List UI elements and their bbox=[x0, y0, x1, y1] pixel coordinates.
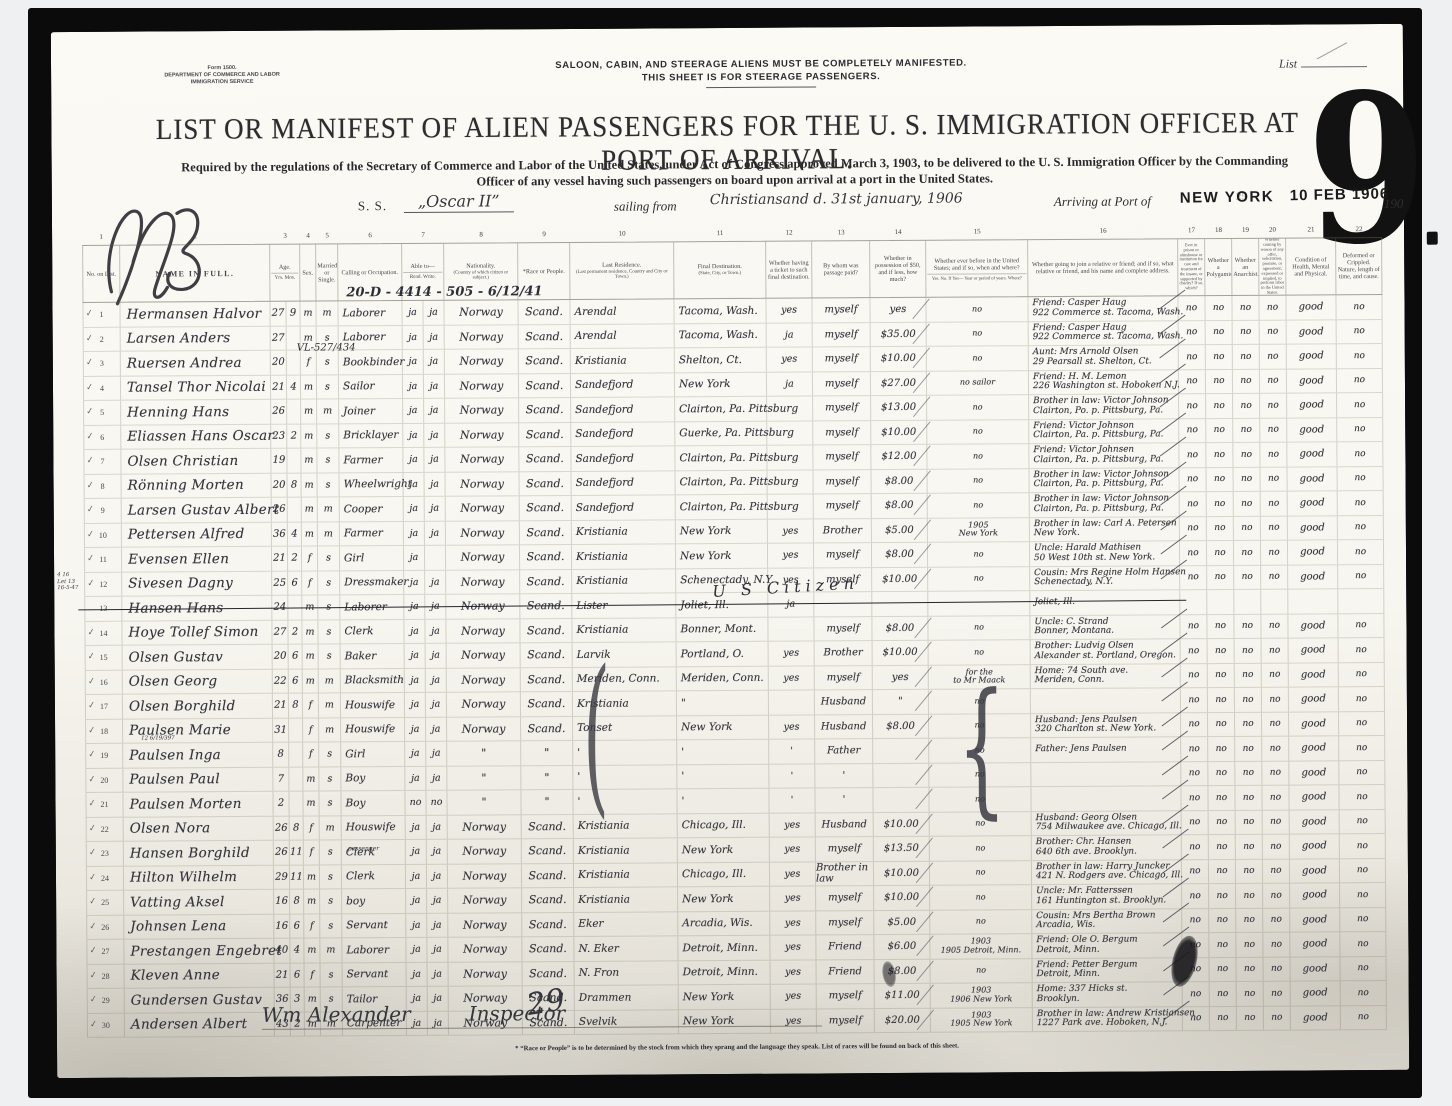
cell-yrs: 16 bbox=[274, 890, 290, 914]
cell-name: Evensen Ellen bbox=[122, 547, 272, 571]
cell-status: s bbox=[319, 767, 341, 791]
cell-money bbox=[872, 592, 928, 616]
cell-ticket: yes bbox=[770, 911, 816, 935]
cell-no: 23 bbox=[86, 842, 124, 866]
cell-nationality: Norway bbox=[446, 472, 520, 496]
cell-yrs: 40 bbox=[274, 939, 290, 963]
cell-name: Eliassen Hans Oscar bbox=[121, 424, 271, 448]
cell-deformed: no bbox=[1340, 834, 1386, 858]
cell-destination: ' bbox=[677, 789, 769, 813]
cell-read: ja bbox=[404, 497, 425, 521]
cell-occupation: Houswife bbox=[341, 717, 405, 741]
cell-sex: m bbox=[301, 375, 317, 399]
cell-residence: Meriden, Conn. bbox=[573, 667, 677, 691]
cell-money: $6.00 bbox=[874, 935, 930, 959]
cell-labor: no bbox=[1263, 810, 1290, 834]
cell-money bbox=[873, 739, 929, 763]
cell-yrs: 8 bbox=[273, 743, 289, 767]
column-header: Married or Single. bbox=[316, 244, 338, 300]
cell-write: ja bbox=[426, 644, 447, 668]
cell-polygamist: no bbox=[1208, 737, 1235, 761]
cell-deformed: no bbox=[1337, 393, 1383, 417]
cell-polygamist: no bbox=[1206, 418, 1233, 442]
cell-deformed: no bbox=[1337, 467, 1383, 491]
passenger-table: 12345678910111213141516171819202122No. o… bbox=[82, 222, 1387, 1038]
cell-residence: ' bbox=[573, 765, 677, 789]
column-number: 13 bbox=[812, 225, 870, 239]
cell-ever_us bbox=[928, 591, 1030, 615]
cell-polygamist: no bbox=[1209, 859, 1236, 883]
cell-health: good bbox=[1288, 540, 1338, 564]
cell-yrs: 19 bbox=[271, 449, 287, 473]
cell-nationality: Norway bbox=[446, 570, 520, 594]
cell-read: ja bbox=[403, 374, 424, 398]
cell-yrs: 27 bbox=[271, 326, 287, 350]
cell-anarchist bbox=[1234, 590, 1261, 614]
cell-no: 16 bbox=[85, 670, 123, 694]
cell-money: $10.00 bbox=[874, 861, 930, 885]
cell-anarchist: no bbox=[1236, 908, 1263, 932]
cell-deformed: no bbox=[1338, 565, 1384, 589]
cell-ever_us: no bbox=[928, 493, 1030, 517]
cell-race: Scand. bbox=[522, 937, 574, 961]
cell-labor: no bbox=[1260, 443, 1287, 467]
cell-occupation: Farmer bbox=[339, 448, 403, 472]
cell-ticket: yes bbox=[771, 960, 817, 984]
cell-read: ja bbox=[403, 350, 424, 374]
cell-name: Hermansen Halvor bbox=[120, 302, 270, 326]
cell-money: yes bbox=[870, 298, 926, 322]
cell-status: s bbox=[317, 424, 339, 448]
cell-no: 19 bbox=[85, 744, 123, 768]
cell-no: 13 bbox=[84, 597, 122, 621]
cell-status: s bbox=[319, 742, 341, 766]
cell-race: Scand. bbox=[519, 373, 571, 397]
cell-no: 17 bbox=[85, 695, 123, 719]
cell-occupation: Bricklayer bbox=[339, 423, 403, 447]
cell-write: ja bbox=[425, 619, 446, 643]
list-label: List bbox=[1279, 57, 1297, 71]
cell-mos: 8 bbox=[290, 816, 304, 840]
cell-paid_by: Husband bbox=[816, 813, 874, 837]
cell-residence: N. Eker bbox=[574, 936, 678, 960]
cell-ticket: ' bbox=[769, 764, 815, 788]
cell-friend bbox=[1031, 688, 1181, 712]
column-number: 1 bbox=[82, 230, 120, 244]
cell-ticket: yes bbox=[770, 862, 816, 886]
cell-read: ja bbox=[404, 521, 425, 545]
cell-yrs: 26 bbox=[271, 400, 287, 424]
cell-write: ja bbox=[424, 448, 445, 472]
cell-paid_by bbox=[814, 592, 872, 616]
cell-no: 2 bbox=[83, 327, 121, 351]
cell-polygamist: no bbox=[1207, 516, 1234, 540]
cell-ever_us: 19031905 New York bbox=[931, 1008, 1033, 1032]
cell-occupation: Clerk bbox=[340, 619, 404, 643]
cell-labor: no bbox=[1260, 418, 1287, 442]
cell-friend: Father: Jens Paulsen bbox=[1031, 737, 1181, 761]
cell-yrs: 21 bbox=[273, 694, 289, 718]
cell-paid_by: Husband bbox=[815, 715, 873, 739]
cell-health: good bbox=[1289, 638, 1339, 662]
cell-ticket: yes bbox=[770, 935, 816, 959]
cell-health: good bbox=[1290, 932, 1340, 956]
cell-health: good bbox=[1289, 663, 1339, 687]
cell-read: ja bbox=[406, 938, 427, 962]
cell-no: 4 bbox=[83, 376, 121, 400]
cell-polygamist: no bbox=[1208, 761, 1235, 785]
cell-health: good bbox=[1289, 785, 1339, 809]
cell-labor: no bbox=[1262, 786, 1289, 810]
cell-destination: Bonner, Mont. bbox=[676, 617, 768, 641]
cell-paid_by: Friend bbox=[816, 935, 874, 959]
cell-race: " bbox=[521, 765, 573, 789]
cell-no: 22 bbox=[86, 817, 124, 841]
cell-nationality: Norway bbox=[446, 545, 520, 569]
cell-anarchist: no bbox=[1235, 761, 1262, 785]
cell-read: ja bbox=[402, 301, 423, 325]
cell-mos bbox=[287, 400, 301, 424]
cell-anarchist: no bbox=[1235, 737, 1262, 761]
cell-nationality: Norway bbox=[447, 692, 521, 716]
cell-occupation: Houswife bbox=[341, 693, 405, 717]
cell-no: 20 bbox=[85, 768, 123, 792]
cell-sex: m bbox=[302, 473, 318, 497]
cell-nationality: Norway bbox=[447, 668, 521, 692]
cell-health: good bbox=[1290, 908, 1340, 932]
cell-sex: m bbox=[302, 620, 318, 644]
cell-destination: " bbox=[677, 691, 769, 715]
cell-destination: Detroit, Minn. bbox=[678, 936, 770, 960]
cell-health: good bbox=[1290, 810, 1340, 834]
cell-anarchist: no bbox=[1233, 443, 1260, 467]
cell-yrs: 23 bbox=[271, 424, 287, 448]
cell-anarchist: no bbox=[1233, 369, 1260, 393]
cell-write: ja bbox=[428, 962, 449, 986]
cell-no: 8 bbox=[84, 474, 122, 498]
cell-anarchist: no bbox=[1232, 296, 1259, 320]
cell-write: ja bbox=[426, 742, 447, 766]
cell-occupation: Laborer bbox=[342, 938, 406, 962]
column-number: 11 bbox=[674, 226, 766, 241]
cell-money bbox=[873, 763, 929, 787]
cell-ever_us: no bbox=[930, 910, 1032, 934]
cell-residence: Kristiania bbox=[574, 887, 678, 911]
cell-yrs: 27 bbox=[272, 620, 288, 644]
cell-money: $13.00 bbox=[871, 396, 927, 420]
cell-residence: Eker bbox=[574, 912, 678, 936]
cell-read: ja bbox=[405, 644, 426, 668]
cell-no: 21 bbox=[85, 793, 123, 817]
cell-sex: f bbox=[303, 718, 319, 742]
cell-ticket: yes bbox=[769, 666, 815, 690]
cell-labor: no bbox=[1263, 908, 1290, 932]
cell-sex: m bbox=[300, 302, 316, 326]
cell-race: Scand. bbox=[522, 814, 574, 838]
cell-anarchist: no bbox=[1236, 933, 1263, 957]
cell-nationality: Norway bbox=[447, 643, 521, 667]
cell-ever_us: no bbox=[930, 861, 1032, 885]
cell-friend: Uncle: Mr. Fatterssen161 Huntington st. … bbox=[1032, 884, 1182, 908]
cell-polygamist: no bbox=[1207, 492, 1234, 516]
cell-nationality: " bbox=[447, 741, 521, 765]
cell-health: good bbox=[1287, 320, 1337, 344]
cell-yrs: 31 bbox=[273, 718, 289, 742]
column-header: No. on List. bbox=[82, 246, 120, 302]
cell-ever_us: no bbox=[928, 616, 1030, 640]
cell-residence: Sandefjord bbox=[571, 397, 675, 421]
cell-nationality: Norway bbox=[445, 374, 519, 398]
cell-occupation: Bookbinder bbox=[339, 350, 403, 374]
cell-ever_us: no bbox=[929, 763, 1031, 787]
cell-race: Scand. bbox=[519, 349, 571, 373]
cell-health: good bbox=[1291, 1006, 1341, 1030]
cell-paid_by: Brother bbox=[814, 519, 872, 543]
column-number: 19 bbox=[1232, 223, 1259, 237]
cell-deformed: no bbox=[1337, 320, 1383, 344]
cell-labor: no bbox=[1260, 467, 1287, 491]
cell-sex: f bbox=[303, 694, 319, 718]
cell-anarchist: no bbox=[1237, 1006, 1264, 1030]
column-header: NAME IN FULL. bbox=[120, 245, 270, 302]
notice-line-2: THIS SHEET IS FOR STEERAGE PASSENGERS. bbox=[431, 69, 1091, 86]
cell-ever_us: no bbox=[927, 346, 1029, 370]
cell-paid_by: myself bbox=[813, 396, 871, 420]
cell-name: Kleven Anne bbox=[125, 963, 275, 987]
cell-race: Scand. bbox=[520, 496, 572, 520]
cell-destination: Clairton, Pa. Pittsburg bbox=[676, 470, 768, 494]
cell-no: 25 bbox=[86, 891, 124, 915]
cell-labor: no bbox=[1263, 933, 1290, 957]
cell-status: s bbox=[320, 914, 342, 938]
cell-sex: m bbox=[304, 890, 320, 914]
cell-status: s bbox=[319, 644, 341, 668]
cell-no: 9 bbox=[84, 499, 122, 523]
cell-name: Vatting Aksel bbox=[124, 890, 274, 914]
cell-status: m bbox=[317, 399, 339, 423]
cell-read: ja bbox=[405, 693, 426, 717]
cell-polygamist: no bbox=[1208, 639, 1235, 663]
cell-race: Scand. bbox=[519, 398, 571, 422]
cell-friend: Friend: Casper Haug922 Commerce st. Taco… bbox=[1028, 296, 1178, 320]
cell-no: 1 bbox=[82, 303, 120, 327]
cell-labor: no bbox=[1261, 565, 1288, 589]
cell-labor: no bbox=[1264, 982, 1291, 1006]
cell-friend: Brother in law: Victor JohnsonClairton, … bbox=[1030, 492, 1180, 516]
cell-read: no bbox=[405, 791, 426, 815]
cell-occupation: Houswife bbox=[342, 815, 406, 839]
cell-friend: Brother in law: Victor JohnsonClairton, … bbox=[1029, 394, 1179, 418]
cell-paid_by: myself bbox=[814, 470, 872, 494]
cell-name: Tansel Thor Nicolai bbox=[121, 375, 271, 399]
cell-destination: Guerke, Pa. Pittsburg bbox=[675, 421, 767, 445]
cell-name: Prestangen Engebret bbox=[124, 939, 274, 963]
cell-destination: Tacoma, Wash. bbox=[675, 323, 767, 347]
cell-deformed: no bbox=[1339, 663, 1385, 687]
cell-deformed: no bbox=[1339, 761, 1385, 785]
cell-yrs: 24 bbox=[272, 596, 288, 620]
cell-anarchist: no bbox=[1233, 345, 1260, 369]
cell-sex: m bbox=[303, 767, 319, 791]
cell-no: 5 bbox=[83, 401, 121, 425]
cell-race: Scand. bbox=[520, 545, 572, 569]
cell-name: Olsen Nora bbox=[124, 816, 274, 840]
cell-polygamist: no bbox=[1209, 884, 1236, 908]
cell-destination: New York bbox=[675, 372, 767, 396]
cell-name: Rönning Morten bbox=[122, 473, 272, 497]
cell-anarchist: no bbox=[1234, 492, 1261, 516]
cell-labor: no bbox=[1263, 884, 1290, 908]
cell-nationality: Norway bbox=[445, 325, 519, 349]
cell-ticket bbox=[767, 396, 813, 420]
cell-paid_by: Brother bbox=[815, 641, 873, 665]
cell-health: good bbox=[1290, 883, 1340, 907]
cell-anarchist: no bbox=[1236, 957, 1263, 981]
cell-occupation: Baker bbox=[341, 644, 405, 668]
cell-residence: Kristiania bbox=[574, 863, 678, 887]
cell-yrs: 20 bbox=[273, 645, 289, 669]
cell-destination: Clairton, Pa. Pittsburg bbox=[676, 495, 768, 519]
cell-money: yes bbox=[873, 665, 929, 689]
cell-residence: Tonset bbox=[573, 716, 677, 740]
cell-ever_us: no bbox=[929, 787, 1031, 811]
cell-friend: Husband: Jens Paulsen320 Charlton st. Ne… bbox=[1031, 713, 1181, 737]
cell-health: good bbox=[1289, 712, 1339, 736]
cell-mos: 2 bbox=[288, 547, 302, 571]
cell-health: good bbox=[1290, 834, 1340, 858]
cell-residence: Arendal bbox=[570, 299, 674, 323]
cell-destination: New York bbox=[678, 838, 770, 862]
cell-name: Larsen Gustav Albert bbox=[122, 498, 272, 522]
cell-yrs: 20 bbox=[271, 351, 287, 375]
cell-destination: Chicago, Ill. bbox=[678, 862, 770, 886]
cell-status: s bbox=[320, 865, 342, 889]
cell-money: $5.00 bbox=[872, 518, 928, 542]
cell-status: m bbox=[320, 816, 342, 840]
cell-paid_by: myself bbox=[816, 886, 874, 910]
cell-paid_by: myself bbox=[813, 421, 871, 445]
cell-polygamist: no bbox=[1209, 835, 1236, 859]
cell-friend: Husband: Georg Olsen754 Milwaukee ave. C… bbox=[1032, 811, 1182, 835]
cell-labor: no bbox=[1262, 688, 1289, 712]
manifest-notice: SALOON, CABIN, AND STEERAGE ALIENS MUST … bbox=[431, 56, 1091, 90]
cell-friend: Brother: Chr. Hansen640 6th ave. Brookly… bbox=[1032, 835, 1182, 859]
cell-mos bbox=[289, 743, 303, 767]
cell-nationality: " bbox=[447, 790, 521, 814]
cell-nationality: Norway bbox=[448, 839, 522, 863]
cell-status: m bbox=[320, 938, 342, 962]
cell-money: $8.00 bbox=[872, 616, 928, 640]
cell-mos: 6 bbox=[289, 645, 303, 669]
cell-polygamist: no bbox=[1206, 369, 1233, 393]
cell-anarchist: no bbox=[1235, 663, 1262, 687]
cell-health: good bbox=[1287, 467, 1337, 491]
cell-money: $35.00 bbox=[871, 322, 927, 346]
cell-name: Sivesen Dagny bbox=[122, 571, 272, 595]
cell-write: ja bbox=[424, 325, 445, 349]
cell-polygamist: no bbox=[1205, 296, 1232, 320]
cell-read: ja bbox=[405, 742, 426, 766]
cell-health: good bbox=[1287, 393, 1337, 417]
cell-write: ja bbox=[427, 913, 448, 937]
cell-polygamist: no bbox=[1210, 1006, 1237, 1030]
cell-occupation: Servant bbox=[343, 962, 407, 986]
cell-mos: 8 bbox=[290, 890, 304, 914]
cell-write: ja bbox=[427, 938, 448, 962]
cell-yrs: 16 bbox=[274, 914, 290, 938]
cell-mos bbox=[287, 351, 301, 375]
cell-status: s bbox=[320, 840, 342, 864]
cell-deformed: no bbox=[1340, 956, 1386, 980]
cell-sex: m bbox=[301, 424, 317, 448]
signature-name: Wm Alexander bbox=[262, 1002, 411, 1027]
cell-race: " bbox=[521, 790, 573, 814]
cell-ticket: yes bbox=[768, 519, 814, 543]
cell-paid_by: Husband bbox=[815, 690, 873, 714]
cell-polygamist: no bbox=[1209, 933, 1236, 957]
cell-name: Johnsen Lena bbox=[124, 914, 274, 938]
cell-sex: m bbox=[301, 449, 317, 473]
cell-labor: no bbox=[1262, 663, 1289, 687]
cell-nationality: Norway bbox=[447, 717, 521, 741]
cell-deformed: no bbox=[1338, 491, 1384, 515]
service-name: IMMIGRATION SERVICE bbox=[147, 79, 297, 87]
cell-occupation: Servant bbox=[342, 913, 406, 937]
cell-anarchist: no bbox=[1235, 712, 1262, 736]
cell-paid_by: myself bbox=[817, 1009, 875, 1033]
cell-health: good bbox=[1290, 957, 1340, 981]
cell-destination: New York bbox=[676, 544, 768, 568]
cell-yrs: 26 bbox=[274, 841, 290, 865]
cell-friend: Cousin: Mrs Regine Holm HansenSchenectad… bbox=[1030, 566, 1180, 590]
cell-anarchist: no bbox=[1237, 982, 1264, 1006]
cell-write: ja bbox=[426, 766, 447, 790]
cell-occupation: Joiner bbox=[339, 399, 403, 423]
cell-write: ja bbox=[427, 889, 448, 913]
cell-name: Gundersen Gustav bbox=[125, 988, 275, 1012]
cell-read: ja bbox=[407, 962, 428, 986]
cell-money: $8.00 bbox=[872, 469, 928, 493]
cell-money: $8.00 bbox=[873, 714, 929, 738]
cell-ticket bbox=[769, 690, 815, 714]
cell-paid_by: myself bbox=[814, 617, 872, 641]
cell-labor: no bbox=[1262, 639, 1289, 663]
annotation-inga-note: 12 6/19/397 bbox=[141, 735, 174, 741]
cell-destination: Clairton, Pa. Pittsburg bbox=[675, 397, 767, 421]
cell-name: Paulsen Morten bbox=[123, 792, 273, 816]
cell-read: ja bbox=[404, 570, 425, 594]
cell-status: m bbox=[316, 301, 338, 325]
cell-ticket: yes bbox=[770, 813, 816, 837]
cell-residence: Arendal bbox=[571, 324, 675, 348]
cell-yrs: 21 bbox=[272, 547, 288, 571]
cell-write: ja bbox=[425, 521, 446, 545]
cell-deformed: no bbox=[1336, 295, 1382, 319]
cell-friend: Brother in law: Carl A. PetersenNew York… bbox=[1030, 517, 1180, 541]
cell-destination: Portland, O. bbox=[677, 642, 769, 666]
cell-polygamist: no bbox=[1210, 982, 1237, 1006]
cell-read: ja bbox=[406, 864, 427, 888]
cell-no: 30 bbox=[87, 1013, 125, 1037]
cell-name: Olsen Gustav bbox=[123, 645, 273, 669]
cell-status: m bbox=[318, 497, 340, 521]
cell-ticket bbox=[767, 421, 813, 445]
cell-mos: 4 bbox=[290, 939, 304, 963]
cell-ever_us: 1905New York bbox=[928, 518, 1030, 542]
cell-deformed: no bbox=[1339, 687, 1385, 711]
cell-occupation: boy bbox=[342, 889, 406, 913]
column-number: 21 bbox=[1286, 222, 1336, 236]
